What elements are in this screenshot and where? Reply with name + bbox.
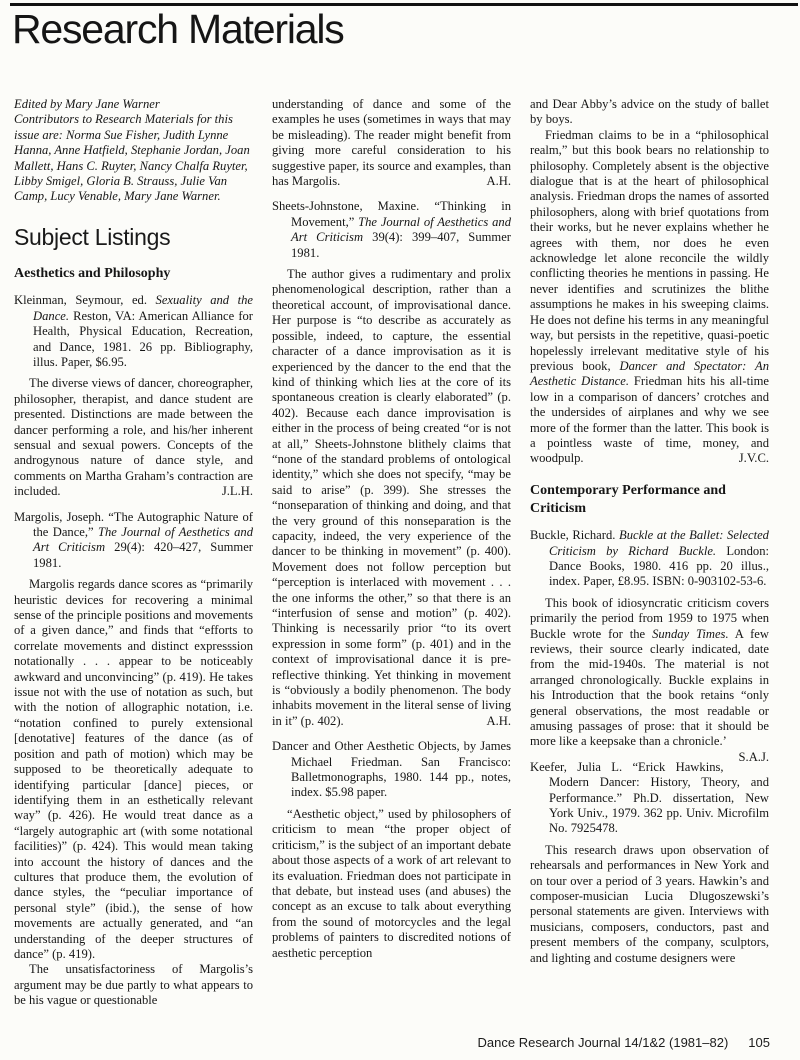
text-segment: This research draws upon observation of … — [530, 843, 769, 965]
reviewer-initials: S.A.J. — [724, 750, 769, 765]
text-segment: and Dear Abby’s advice on the study of b… — [530, 97, 769, 126]
reviewer-initials: A.H. — [487, 174, 512, 189]
column-3: and Dear Abby’s advice on the study of b… — [530, 97, 769, 1009]
review-friedman-continued: and Dear Abby’s advice on the study of b… — [530, 97, 769, 128]
text-segment: “Aesthetic object,” used by philosophers… — [272, 807, 511, 960]
review-sheets-johnstone: The author gives a rudimentary and proli… — [272, 267, 511, 729]
review-kleinman: The diverse views of dancer, choreograph… — [14, 376, 253, 499]
footer: Dance Research Journal 14/1&2 (1981–82)1… — [478, 1035, 770, 1050]
text-segment: The author gives a rudimentary and proli… — [272, 267, 511, 728]
review-friedman-p2: Friedman claims to be in a “philosophica… — [530, 128, 769, 467]
column-2: understanding of dance and some of the e… — [272, 97, 511, 1009]
reviewer-initials: A.H. — [472, 714, 512, 729]
citation-keefer: Keefer, Julia L. “Erick Hawkins, Modern … — [530, 760, 769, 837]
subsection-heading-aesthetics: Aesthetics and Philosophy — [14, 265, 253, 283]
editor-note: Edited by Mary Jane Warner — [14, 97, 253, 112]
citation-margolis: Margolis, Joseph. “The Autographic Natur… — [14, 510, 253, 572]
reviewer-initials: J.L.H. — [207, 484, 253, 499]
text-segment: Aesthetics and Philosophy — [14, 266, 170, 281]
italic-text-segment: Sunday Times. — [652, 627, 729, 641]
text-segment: Kleinman, Seymour, ed. — [14, 293, 156, 307]
page-number: 105 — [748, 1035, 770, 1050]
review-friedman-p1: “Aesthetic object,” used by philosophers… — [272, 807, 511, 961]
text-segment: Buckle, Richard. — [530, 528, 619, 542]
text-segment: A few reviews, their source clearly indi… — [530, 627, 769, 749]
review-margolis-p1: Margolis regards dance scores as “primar… — [14, 577, 253, 962]
text-segment: Friedman claims to be in a “philosophica… — [530, 128, 769, 373]
review-keefer: This research draws upon observation of … — [530, 843, 769, 966]
review-margolis-continued: understanding of dance and some of the e… — [272, 97, 511, 189]
review-margolis-p2: The unsatisfactoriness of Margolis’s arg… — [14, 962, 253, 1008]
text-segment: The diverse views of dancer, choreograph… — [14, 376, 253, 498]
citation-kleinman: Kleinman, Seymour, ed. Sexuality and the… — [14, 293, 253, 370]
citation-buckle: Buckle, Richard. Buckle at the Ballet: S… — [530, 528, 769, 590]
journal-citation: Dance Research Journal 14/1&2 (1981–82) — [478, 1035, 729, 1050]
page-title: Research Materials — [12, 6, 344, 53]
text-segment: Edited by Mary Jane Warner — [14, 97, 160, 111]
citation-friedman: Dancer and Other Aesthetic Objects, by J… — [272, 739, 511, 801]
subsection-heading-contemporary: Contemporary Performance and Criticism — [530, 482, 769, 518]
text-segment: Margolis regards dance scores as “primar… — [14, 577, 253, 961]
text-segment: Dancer and Other Aesthetic Objects, by J… — [272, 739, 511, 799]
citation-sheets-johnstone: Sheets-Johnstone, Maxine. “Thinking in M… — [272, 199, 511, 261]
column-layout: Edited by Mary Jane WarnerContributors t… — [14, 97, 770, 1009]
text-segment: Keefer, Julia L. “Erick Hawkins, Modern … — [530, 760, 769, 836]
text-segment: Contemporary Performance and Criticism — [530, 483, 726, 516]
reviewer-initials: J.V.C. — [724, 451, 769, 466]
review-buckle: This book of idiosyncratic criticism cov… — [530, 596, 769, 750]
column-1: Edited by Mary Jane WarnerContributors t… — [14, 97, 253, 1009]
text-segment: understanding of dance and some of the e… — [272, 97, 511, 188]
section-heading-subject-listings: Subject Listings — [14, 225, 253, 250]
text-segment: The unsatisfactoriness of Margolis’s arg… — [14, 962, 253, 1007]
text-segment: Contributors to Research Materials for t… — [14, 112, 250, 203]
journal-page: Research Materials Edited by Mary Jane W… — [0, 0, 800, 1060]
text-segment: Subject Listings — [14, 224, 170, 250]
contributors-note: Contributors to Research Materials for t… — [14, 112, 253, 204]
